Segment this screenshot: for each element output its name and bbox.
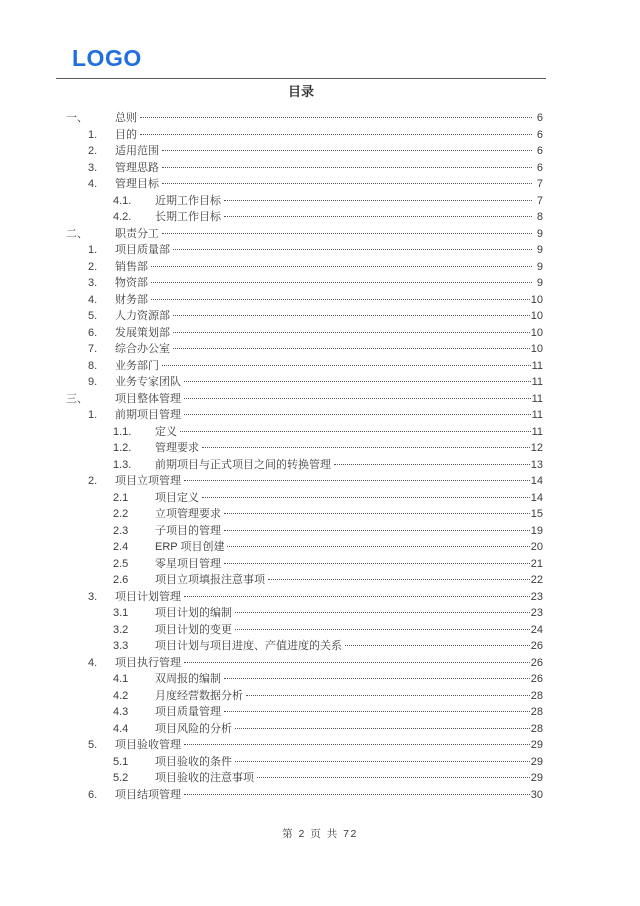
toc-entry-title: 适用范围 xyxy=(115,143,161,160)
dot-leader xyxy=(227,546,529,547)
toc-entry-number: 9. xyxy=(88,374,115,391)
dot-leader xyxy=(224,216,532,217)
toc-entry-number: 2.6 xyxy=(113,572,155,589)
dot-leader xyxy=(184,381,531,382)
toc-entry-title: 职责分工 xyxy=(115,226,161,243)
dot-leader xyxy=(345,645,530,646)
toc-entry[interactable]: 6. 项目结项管理 30 xyxy=(66,787,543,804)
toc-entry[interactable]: 2.5 零星项目管理 21 xyxy=(66,556,543,573)
toc-entry-title: 项目质量部 xyxy=(115,242,172,259)
toc-entry-number: 3. xyxy=(88,275,115,292)
toc-entry-title: 管理要求 xyxy=(155,440,201,457)
toc-entry-number: 4.3 xyxy=(113,704,155,721)
toc-entry-number: 1.1. xyxy=(113,424,155,441)
toc-entry-page: 30 xyxy=(531,787,543,804)
toc-entry-number: 6. xyxy=(88,325,115,342)
toc-entry-page: 24 xyxy=(531,622,543,639)
toc-entry-number: 4.4 xyxy=(113,721,155,738)
toc-entry-page: 23 xyxy=(531,605,543,622)
dot-leader xyxy=(173,249,532,250)
toc-entry-number: 1.3. xyxy=(113,457,155,474)
toc-entry-number: 3.2 xyxy=(113,622,155,639)
toc-entry-number: 一、 xyxy=(66,110,115,127)
toc-entry-number: 2. xyxy=(88,143,115,160)
toc-entry-page: 6 xyxy=(533,127,543,144)
dot-leader xyxy=(224,513,530,514)
toc-entry-title: 管理思路 xyxy=(115,160,161,177)
dot-leader xyxy=(184,794,530,795)
toc-entry-page: 12 xyxy=(531,440,543,457)
toc-entry-number: 3.3 xyxy=(113,638,155,655)
toc-entry-page: 28 xyxy=(531,721,543,738)
toc-entry[interactable]: 3.1 项目计划的编制 23 xyxy=(66,605,543,622)
dot-leader xyxy=(235,761,530,762)
toc-entry-number: 三、 xyxy=(66,391,115,408)
toc-entry[interactable]: 2. 销售部 9 xyxy=(66,259,543,276)
dot-leader xyxy=(151,282,532,283)
dot-leader xyxy=(173,315,530,316)
toc-entry-page: 28 xyxy=(531,704,543,721)
toc-entry-title: 综合办公室 xyxy=(115,341,172,358)
toc-entry-title: 业务专家团队 xyxy=(115,374,183,391)
toc-entry[interactable]: 三、 项目整体管理 11 xyxy=(66,391,543,408)
toc-entry-title: 立项管理要求 xyxy=(155,506,223,523)
toc-entry[interactable]: 2. 项目立项管理 14 xyxy=(66,473,543,490)
dot-leader xyxy=(235,629,530,630)
toc-entry-page: 6 xyxy=(533,143,543,160)
toc-entry-number: 1. xyxy=(88,242,115,259)
toc-entry-page: 6 xyxy=(533,110,543,127)
toc-entry-title: 管理目标 xyxy=(115,176,161,193)
toc-entry-title: 项目计划与项目进度、产值进度的关系 xyxy=(155,638,344,655)
dot-leader xyxy=(184,662,530,663)
toc-entry-number: 1.2. xyxy=(113,440,155,457)
toc-entry-title: 总则 xyxy=(115,110,139,127)
toc-entry-page: 29 xyxy=(531,754,543,771)
toc-entry[interactable]: 1. 项目质量部 9 xyxy=(66,242,543,259)
toc-entry[interactable]: 4.4 项目风险的分析 28 xyxy=(66,721,543,738)
toc-entry-title: 项目结项管理 xyxy=(115,787,183,804)
page-title: 目录 xyxy=(56,81,546,100)
dot-leader xyxy=(140,134,532,135)
toc-entry-number: 2. xyxy=(88,473,115,490)
toc-entry[interactable]: 5. 项目验收管理 29 xyxy=(66,737,543,754)
dot-leader xyxy=(202,447,530,448)
toc-entry-title: 长期工作目标 xyxy=(155,209,223,226)
toc-entry[interactable]: 3. 项目计划管理 23 xyxy=(66,589,543,606)
dot-leader xyxy=(235,728,530,729)
dot-leader xyxy=(235,612,530,613)
toc-entry[interactable]: 二、 职责分工 9 xyxy=(66,226,543,243)
toc-entry-title: 项目立项填报注意事项 xyxy=(155,572,267,589)
toc-entry-title: 项目计划的编制 xyxy=(155,605,234,622)
toc-entry-number: 二、 xyxy=(66,226,115,243)
toc-entry-page: 13 xyxy=(531,457,543,474)
toc-entry[interactable]: 1.1. 定义 11 xyxy=(66,424,543,441)
toc-entry-page: 26 xyxy=(531,638,543,655)
toc-entry-page: 9 xyxy=(533,259,543,276)
dot-leader xyxy=(184,480,530,481)
toc-entry-number: 8. xyxy=(88,358,115,375)
toc-entry-page: 20 xyxy=(531,539,543,556)
toc-entry-page: 11 xyxy=(532,391,543,408)
toc-entry-number: 2.3 xyxy=(113,523,155,540)
dot-leader xyxy=(162,150,532,151)
toc-entry[interactable]: 4. 项目执行管理 26 xyxy=(66,655,543,672)
toc-entry[interactable]: 1.2. 管理要求 12 xyxy=(66,440,543,457)
toc-entry-title: 项目计划的变更 xyxy=(155,622,234,639)
toc-entry-title: 发展策划部 xyxy=(115,325,172,342)
table-of-contents: 一、 总则 6 1. 目的 6 2. 适用范围 6 3. 管理思路 6 4. 管… xyxy=(56,110,546,803)
toc-entry[interactable]: 3. 物资部 9 xyxy=(66,275,543,292)
toc-entry-number: 5.1 xyxy=(113,754,155,771)
dot-leader xyxy=(257,777,530,778)
dot-leader xyxy=(162,365,531,366)
dot-leader xyxy=(173,332,530,333)
toc-entry-page: 15 xyxy=(531,506,543,523)
toc-entry-number: 2.1 xyxy=(113,490,155,507)
toc-entry-page: 19 xyxy=(531,523,543,540)
dot-leader xyxy=(224,563,530,564)
toc-entry-title: 项目质量管理 xyxy=(155,704,223,721)
toc-entry-number: 4. xyxy=(88,655,115,672)
dot-leader xyxy=(224,200,532,201)
toc-entry-page: 8 xyxy=(533,209,543,226)
toc-entry-title: 财务部 xyxy=(115,292,150,309)
toc-entry[interactable]: 5. 人力资源部 10 xyxy=(66,308,543,325)
toc-entry[interactable]: 4.1. 近期工作目标 7 xyxy=(66,193,543,210)
toc-entry-page: 9 xyxy=(533,242,543,259)
toc-entry-page: 11 xyxy=(532,358,543,375)
toc-entry-number: 4. xyxy=(88,292,115,309)
dot-leader xyxy=(184,596,530,597)
toc-entry-page: 11 xyxy=(532,374,543,391)
toc-entry-page: 6 xyxy=(533,160,543,177)
dot-leader xyxy=(224,678,530,679)
toc-entry[interactable]: 5.2 项目验收的注意事项 29 xyxy=(66,770,543,787)
toc-entry-page: 28 xyxy=(531,688,543,705)
toc-entry[interactable]: 一、 总则 6 xyxy=(66,110,543,127)
toc-entry-number: 2.2 xyxy=(113,506,155,523)
toc-entry-number: 7. xyxy=(88,341,115,358)
toc-entry-number: 3. xyxy=(88,160,115,177)
dot-leader xyxy=(224,530,530,531)
toc-entry-title: 项目验收的注意事项 xyxy=(155,770,256,787)
toc-entry[interactable]: 5.1 项目验收的条件 29 xyxy=(66,754,543,771)
dot-leader xyxy=(334,464,530,465)
toc-entry[interactable]: 4.3 项目质量管理 28 xyxy=(66,704,543,721)
toc-entry[interactable]: 4.2 月度经营数据分析 28 xyxy=(66,688,543,705)
toc-entry[interactable]: 4. 管理目标 7 xyxy=(66,176,543,193)
toc-entry-title: 项目定义 xyxy=(155,490,201,507)
toc-entry-page: 10 xyxy=(531,325,543,342)
toc-entry-title: 子项目的管理 xyxy=(155,523,223,540)
toc-entry[interactable]: 4. 财务部 10 xyxy=(66,292,543,309)
toc-entry-number: 5. xyxy=(88,737,115,754)
toc-entry-title: 前期项目与正式项目之间的转换管理 xyxy=(155,457,333,474)
company-logo: LOGO xyxy=(72,45,142,72)
dot-leader xyxy=(180,431,531,432)
toc-entry-title: 零星项目管理 xyxy=(155,556,223,573)
toc-entry-page: 26 xyxy=(531,671,543,688)
toc-entry-number: 4.1 xyxy=(113,671,155,688)
toc-entry-page: 26 xyxy=(531,655,543,672)
toc-entry[interactable]: 3. 管理思路 6 xyxy=(66,160,543,177)
toc-entry-title: 双周报的编制 xyxy=(155,671,223,688)
toc-entry[interactable]: 3.2 项目计划的变更 24 xyxy=(66,622,543,639)
toc-entry-number: 4.2. xyxy=(113,209,155,226)
toc-entry-number: 4.1. xyxy=(113,193,155,210)
dot-leader xyxy=(246,695,530,696)
toc-entry-page: 7 xyxy=(533,193,543,210)
toc-entry[interactable]: 8. 业务部门 11 xyxy=(66,358,543,375)
toc-entry-title: 项目计划管理 xyxy=(115,589,183,606)
toc-entry-page: 23 xyxy=(531,589,543,606)
toc-entry-page: 14 xyxy=(531,490,543,507)
toc-entry-number: 4.2 xyxy=(113,688,155,705)
dot-leader xyxy=(173,348,530,349)
toc-entry-number: 2.5 xyxy=(113,556,155,573)
dot-leader xyxy=(268,579,530,580)
toc-entry[interactable]: 1. 目的 6 xyxy=(66,127,543,144)
toc-entry-number: 5.2 xyxy=(113,770,155,787)
toc-entry-number: 2.4 xyxy=(113,539,155,556)
toc-entry-number: 3. xyxy=(88,589,115,606)
toc-entry-number: 5. xyxy=(88,308,115,325)
dot-leader xyxy=(202,497,530,498)
document-page: LOGO 目录 一、 总则 6 1. 目的 6 2. 适用范围 6 3. 管理思… xyxy=(0,0,640,906)
toc-entry-page: 11 xyxy=(532,424,543,441)
dot-leader xyxy=(151,266,532,267)
toc-entry[interactable]: 2.1 项目定义 14 xyxy=(66,490,543,507)
dot-leader xyxy=(184,398,531,399)
toc-entry[interactable]: 9. 业务专家团队 11 xyxy=(66,374,543,391)
toc-entry-title: 项目整体管理 xyxy=(115,391,183,408)
toc-entry-page: 10 xyxy=(531,308,543,325)
toc-entry[interactable]: 4.1 双周报的编制 26 xyxy=(66,671,543,688)
toc-entry-page: 29 xyxy=(531,770,543,787)
toc-entry-title: 近期工作目标 xyxy=(155,193,223,210)
dot-leader xyxy=(162,183,532,184)
toc-entry[interactable]: 2.4 ERP 项目创建 20 xyxy=(66,539,543,556)
toc-entry[interactable]: 2.3 子项目的管理 19 xyxy=(66,523,543,540)
toc-entry-title: 项目验收的条件 xyxy=(155,754,234,771)
toc-entry-number: 1. xyxy=(88,127,115,144)
toc-entry[interactable]: 1.3. 前期项目与正式项目之间的转换管理 13 xyxy=(66,457,543,474)
toc-entry[interactable]: 6. 发展策划部 10 xyxy=(66,325,543,342)
toc-entry-title: 业务部门 xyxy=(115,358,161,375)
toc-entry-title: 前期项目管理 xyxy=(115,407,183,424)
toc-entry-page: 9 xyxy=(533,275,543,292)
toc-entry-number: 3.1 xyxy=(113,605,155,622)
dot-leader xyxy=(184,414,531,415)
page-header: LOGO xyxy=(56,48,546,79)
dot-leader xyxy=(162,233,532,234)
toc-entry-title: 月度经营数据分析 xyxy=(155,688,245,705)
dot-leader xyxy=(140,117,532,118)
toc-entry-page: 10 xyxy=(531,292,543,309)
toc-entry-title: 人力资源部 xyxy=(115,308,172,325)
toc-entry-title: 项目验收管理 xyxy=(115,737,183,754)
dot-leader xyxy=(224,711,530,712)
toc-entry-page: 29 xyxy=(531,737,543,754)
toc-entry-number: 1. xyxy=(88,407,115,424)
toc-entry-title: 项目立项管理 xyxy=(115,473,183,490)
toc-entry[interactable]: 7. 综合办公室 10 xyxy=(66,341,543,358)
toc-entry-number: 2. xyxy=(88,259,115,276)
toc-entry-page: 9 xyxy=(533,226,543,243)
toc-entry[interactable]: 2.6 项目立项填报注意事项 22 xyxy=(66,572,543,589)
toc-entry[interactable]: 1. 前期项目管理 11 xyxy=(66,407,543,424)
toc-entry-title: 销售部 xyxy=(115,259,150,276)
toc-entry[interactable]: 2. 适用范围 6 xyxy=(66,143,543,160)
toc-entry-page: 7 xyxy=(533,176,543,193)
toc-entry-title: 项目执行管理 xyxy=(115,655,183,672)
toc-entry-title: 项目风险的分析 xyxy=(155,721,234,738)
toc-entry-number: 6. xyxy=(88,787,115,804)
toc-entry-page: 10 xyxy=(531,341,543,358)
toc-entry-title: 定义 xyxy=(155,424,179,441)
toc-entry[interactable]: 4.2. 长期工作目标 8 xyxy=(66,209,543,226)
toc-entry-page: 21 xyxy=(531,556,543,573)
toc-entry-page: 22 xyxy=(531,572,543,589)
toc-entry[interactable]: 3.3 项目计划与项目进度、产值进度的关系 26 xyxy=(66,638,543,655)
dot-leader xyxy=(184,744,530,745)
toc-entry-number: 4. xyxy=(88,176,115,193)
toc-entry-page: 14 xyxy=(531,473,543,490)
toc-entry-title: 物资部 xyxy=(115,275,150,292)
dot-leader xyxy=(162,167,532,168)
toc-entry-title: ERP 项目创建 xyxy=(155,539,226,556)
page-footer: 第 2 页 共 72 xyxy=(0,826,640,841)
toc-entry[interactable]: 2.2 立项管理要求 15 xyxy=(66,506,543,523)
toc-entry-title: 目的 xyxy=(115,127,139,144)
dot-leader xyxy=(151,299,530,300)
toc-entry-page: 11 xyxy=(532,407,543,424)
